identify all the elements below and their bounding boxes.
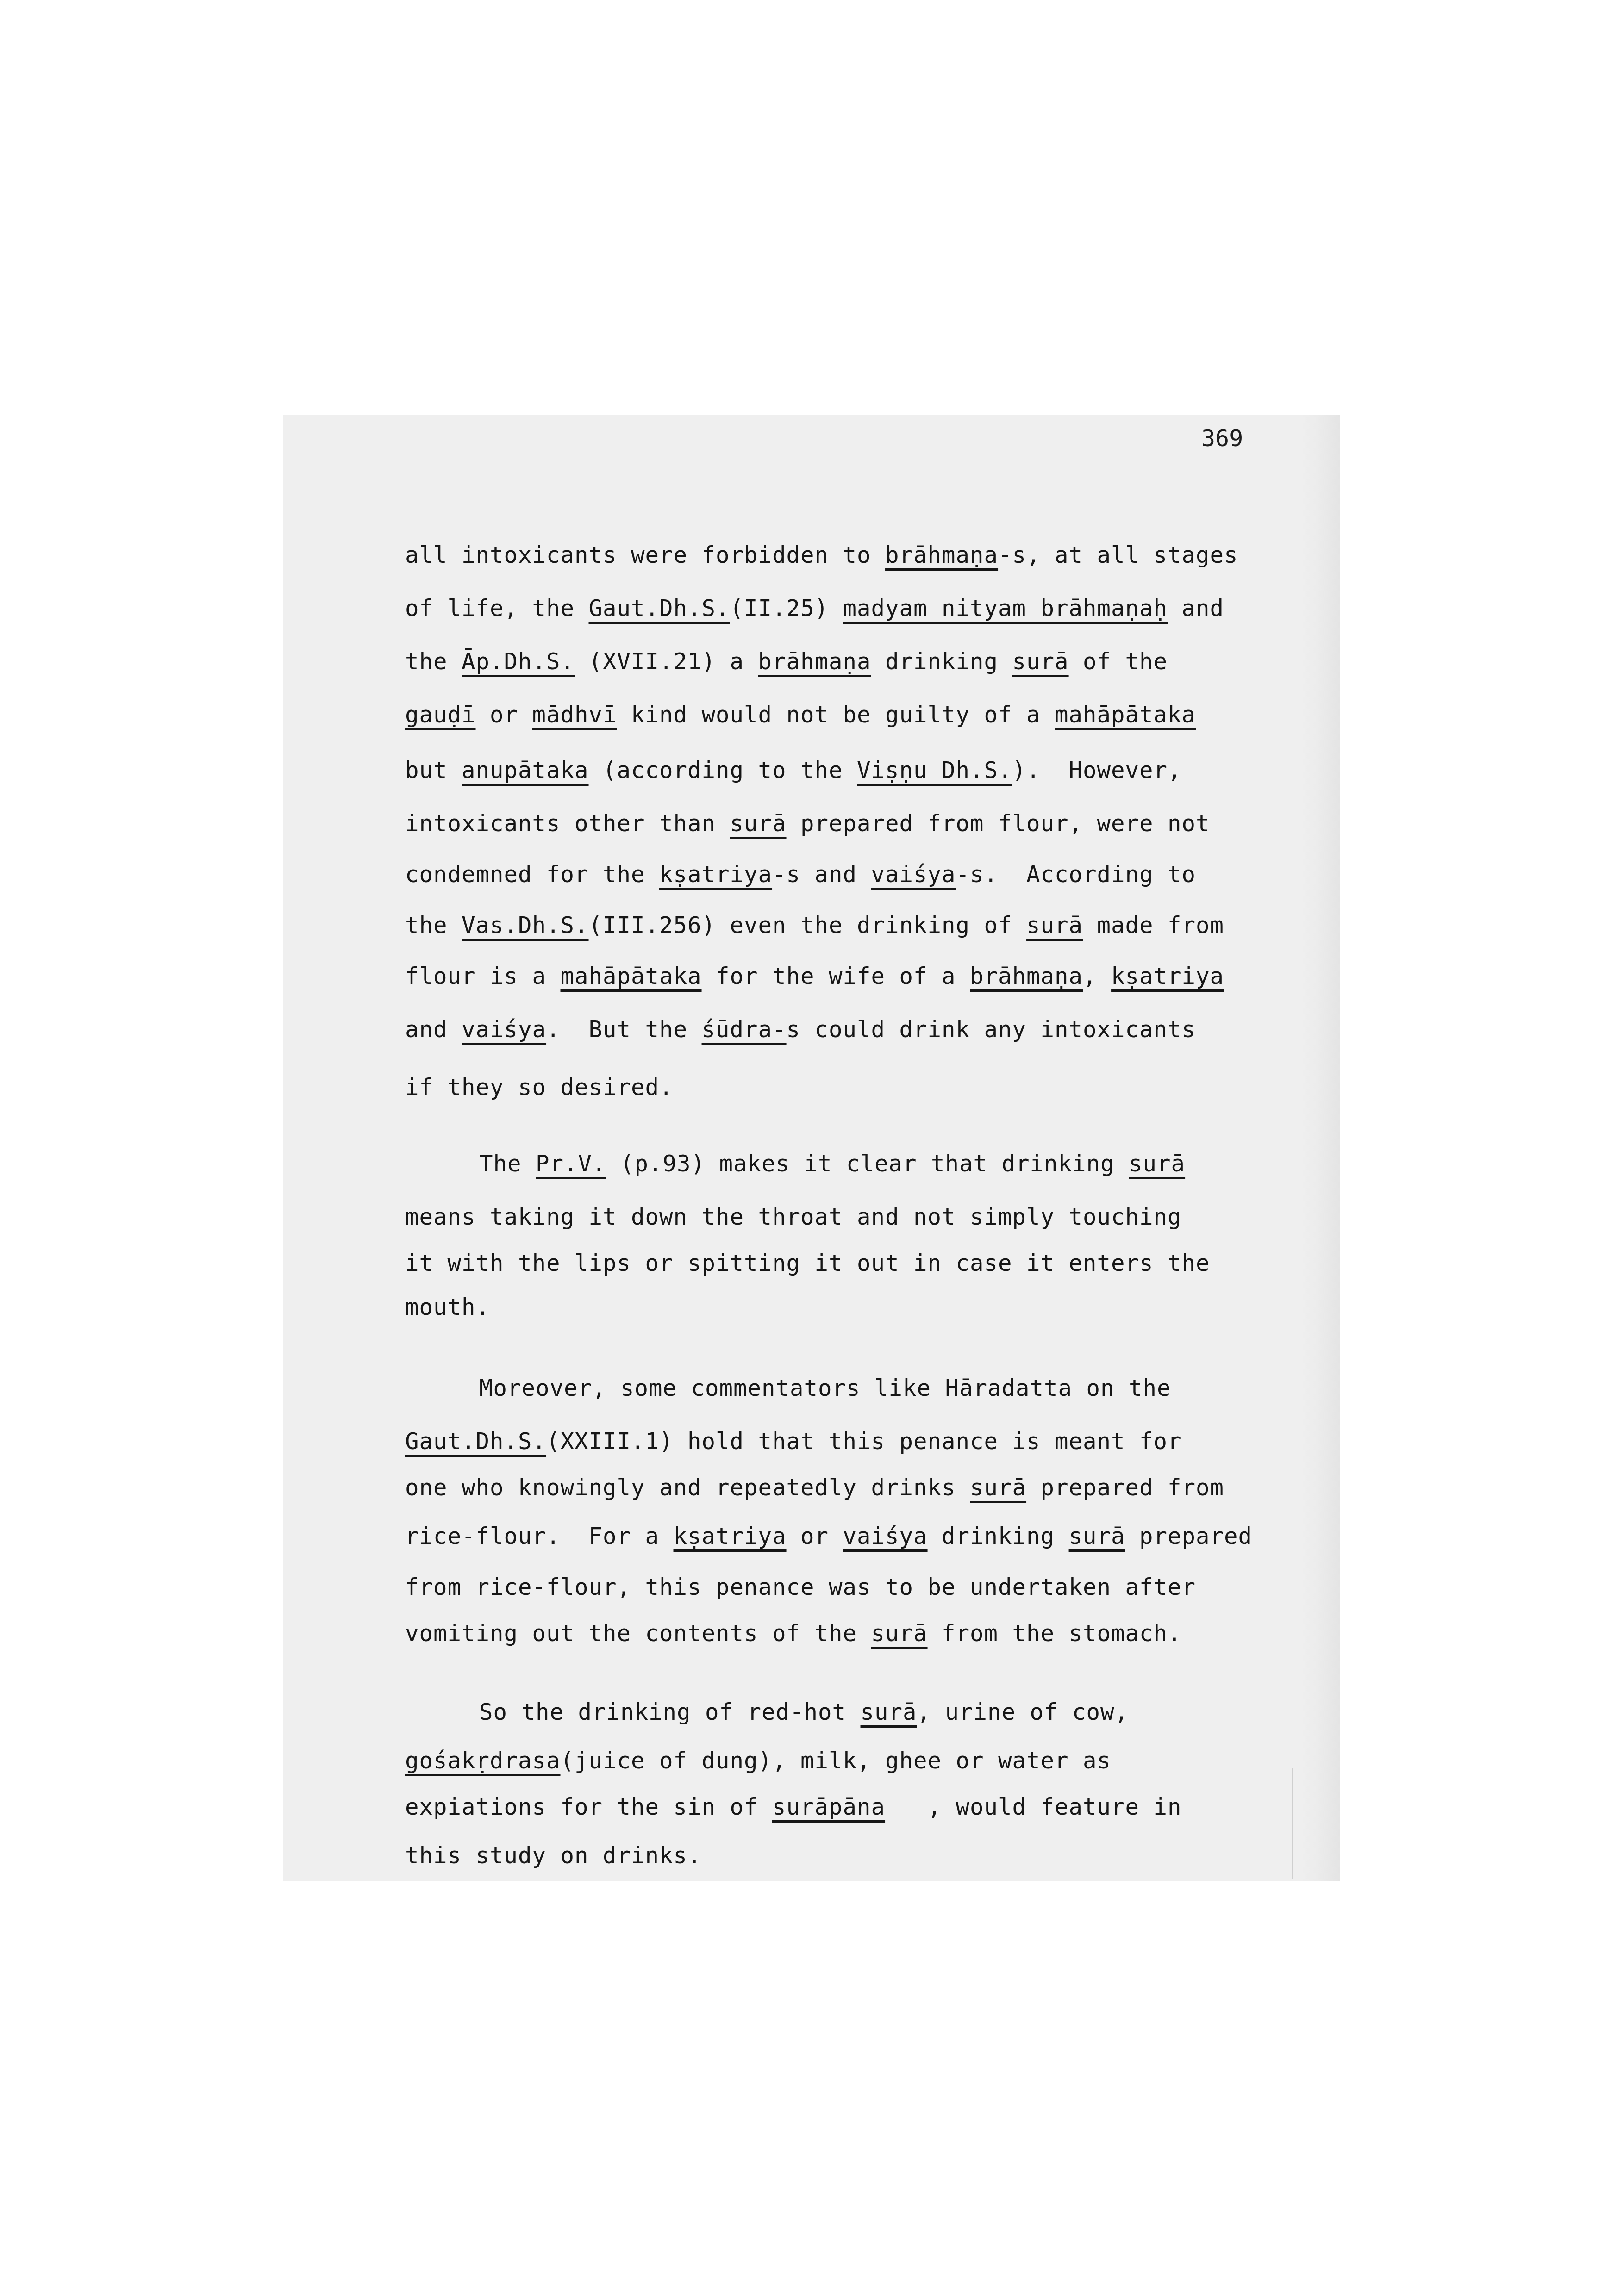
underlined-term: madyam nityam brāhmaṇaḥ [843, 595, 1168, 622]
text-segment: s could drink any intoxicants [787, 1016, 1196, 1043]
underlined-term: kṣatriya [674, 1523, 787, 1549]
underlined-term: Viṣṇu Dh.S. [857, 757, 1012, 784]
text-line: and vaiśya. But the śūdra-s could drink … [405, 1016, 1196, 1044]
text-segment: if they so desired. [405, 1074, 674, 1101]
text-segment: (XVII.21) a [575, 648, 758, 675]
text-line: this study on drinks. [405, 1842, 702, 1870]
text-segment: the [405, 648, 462, 675]
underlined-term: brāhmaṇa [758, 648, 871, 675]
underlined-term: surā [871, 1620, 928, 1647]
text-segment: made from [1083, 912, 1224, 939]
underlined-term: Gaut.Dh.S. [589, 595, 730, 622]
underlined-term: anupātaka [462, 757, 589, 784]
underlined-term: kṣatriya [659, 861, 772, 888]
text-line: vomiting out the contents of the surā fr… [405, 1620, 1182, 1648]
text-segment: of the [1069, 648, 1168, 675]
underlined-term: surā [861, 1699, 917, 1725]
text-segment: -s, at all stages [998, 542, 1238, 568]
text-line: Gaut.Dh.S.(XXIII.1) hold that this penan… [405, 1428, 1182, 1456]
underlined-term: gauḍī [405, 702, 476, 728]
text-line: if they so desired. [405, 1074, 674, 1101]
text-segment: expiations for the sin of [405, 1794, 772, 1820]
underlined-term: gośakṛdrasa [405, 1748, 561, 1774]
underlined-term: surāpāna [772, 1794, 885, 1820]
text-segment: , urine of cow, [917, 1699, 1129, 1725]
page-number: 369 [1201, 425, 1243, 452]
text-segment: ). However, [1012, 757, 1182, 784]
text-segment: , [1083, 963, 1111, 989]
text-line: it with the lips or spitting it out in c… [405, 1250, 1210, 1277]
text-segment: vomiting out the contents of the [405, 1620, 871, 1647]
text-segment: (II.25) [730, 595, 843, 622]
text-segment: Moreover, some commentators like Hāradat… [479, 1375, 1171, 1401]
text-line: The Pr.V. (p.93) makes it clear that dri… [479, 1150, 1185, 1178]
text-line: rice-flour. For a kṣatriya or vaiśya dri… [405, 1523, 1252, 1550]
text-segment: (p.93) makes it clear that drinking [606, 1151, 1129, 1177]
text-segment: The [479, 1151, 536, 1177]
text-segment: , would feature in [885, 1794, 1182, 1820]
text-segment: (juice of dung), milk, ghee or water as [561, 1748, 1112, 1774]
text-segment: but [405, 757, 462, 784]
underlined-term: kṣatriya [1111, 963, 1224, 989]
underlined-term: Vas.Dh.S. [462, 912, 589, 939]
text-segment: -s and [772, 861, 871, 888]
text-line: the Vas.Dh.S.(III.256) even the drinking… [405, 912, 1224, 940]
text-segment: condemned for the [405, 861, 659, 888]
underlined-term: vaiśya [871, 861, 956, 888]
underlined-term: mahāpātaka [1055, 702, 1196, 728]
text-line: gośakṛdrasa(juice of dung), milk, ghee o… [405, 1747, 1111, 1775]
text-segment: -s. According to [956, 861, 1196, 888]
text-segment: and [405, 1016, 462, 1043]
text-line: but anupātaka (according to the Viṣṇu Dh… [405, 757, 1182, 784]
scan-artifact-line [1292, 1768, 1293, 1879]
underlined-term: mahāpātaka [561, 963, 702, 989]
text-line: from rice-flour, this penance was to be … [405, 1574, 1196, 1601]
text-segment: the [405, 912, 462, 939]
text-line: all intoxicants were forbidden to brāhma… [405, 541, 1238, 569]
text-segment: prepared from [1026, 1475, 1224, 1501]
underlined-term: surā [1012, 648, 1069, 675]
underlined-term: surā [970, 1475, 1026, 1501]
text-segment: rice-flour. For a [405, 1523, 674, 1549]
underlined-term: Pr.V. [536, 1151, 606, 1177]
text-segment: and [1168, 595, 1224, 622]
text-segment: (XXIII.1) hold that this penance is mean… [546, 1428, 1182, 1455]
text-segment: this study on drinks. [405, 1842, 702, 1869]
text-line: of life, the Gaut.Dh.S.(II.25) madyam ni… [405, 595, 1224, 622]
underlined-term: śūdra- [702, 1016, 787, 1043]
scanned-page [283, 415, 1340, 1881]
text-segment: of life, the [405, 595, 589, 622]
text-segment: (according to the [589, 757, 857, 784]
text-line: flour is a mahāpātaka for the wife of a … [405, 963, 1224, 990]
underlined-term: brāhmaṇa [970, 963, 1083, 989]
text-segment: flour is a [405, 963, 561, 989]
underlined-term: vaiśya [843, 1523, 928, 1549]
text-segment: all intoxicants were forbidden to [405, 542, 885, 568]
text-segment: intoxicants other than [405, 810, 730, 837]
text-segment: or [476, 702, 532, 728]
underlined-term: surā [1026, 912, 1083, 939]
text-line: one who knowingly and repeatedly drinks … [405, 1474, 1224, 1502]
text-segment: drinking [928, 1523, 1069, 1549]
underlined-term: brāhmaṇa [885, 542, 998, 568]
underlined-term: surā [1069, 1523, 1125, 1549]
text-segment: for the wife of a [702, 963, 970, 989]
underlined-term: Gaut.Dh.S. [405, 1428, 546, 1455]
underlined-term: surā [730, 810, 787, 837]
page-shadow-edge [1301, 415, 1340, 1881]
text-line: expiations for the sin of surāpāna , wou… [405, 1793, 1182, 1821]
text-segment: means taking it down the throat and not … [405, 1204, 1182, 1230]
text-line: means taking it down the throat and not … [405, 1203, 1182, 1231]
text-line: gauḍī or mādhvī kind would not be guilty… [405, 701, 1196, 729]
underlined-term: Āp.Dh.S. [462, 648, 575, 675]
text-segment: or [787, 1523, 843, 1549]
text-line: Moreover, some commentators like Hāradat… [479, 1375, 1171, 1402]
text-segment: prepared from flour, were not [787, 810, 1210, 837]
text-segment: from rice-flour, this penance was to be … [405, 1574, 1196, 1600]
underlined-term: vaiśya [462, 1016, 546, 1043]
text-segment: So the drinking of red-hot [479, 1699, 861, 1725]
text-line: intoxicants other than surā prepared fro… [405, 810, 1210, 838]
text-segment: (III.256) even the drinking of [589, 912, 1027, 939]
text-line: So the drinking of red-hot surā, urine o… [479, 1699, 1129, 1726]
text-segment: drinking [871, 648, 1012, 675]
text-segment: prepared [1125, 1523, 1253, 1549]
text-segment: from the stomach. [928, 1620, 1182, 1647]
underlined-term: mādhvī [532, 702, 617, 728]
text-segment: it with the lips or spitting it out in c… [405, 1250, 1210, 1276]
text-segment: one who knowingly and repeatedly drinks [405, 1475, 970, 1501]
text-line: mouth. [405, 1294, 490, 1321]
text-segment: mouth. [405, 1294, 490, 1320]
text-line: the Āp.Dh.S. (XVII.21) a brāhmaṇa drinki… [405, 648, 1168, 676]
text-line: condemned for the kṣatriya-s and vaiśya-… [405, 861, 1196, 889]
text-segment: . But the [546, 1016, 702, 1043]
text-segment: kind would not be guilty of a [617, 702, 1055, 728]
underlined-term: surā [1129, 1151, 1185, 1177]
